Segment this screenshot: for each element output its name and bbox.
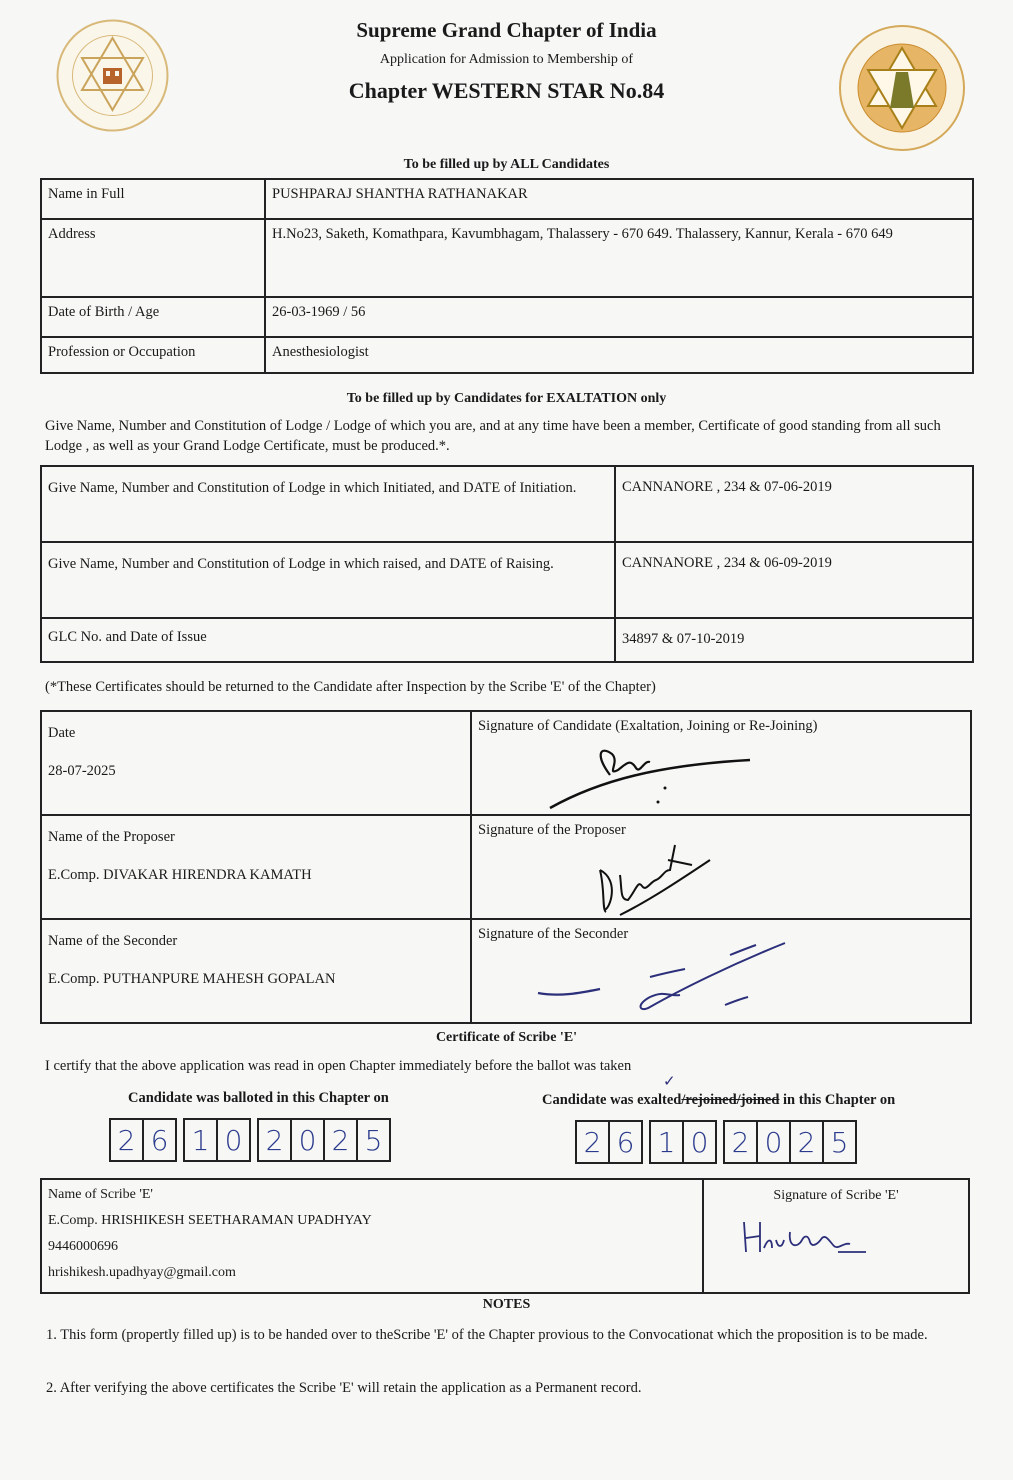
scribe-name-label: Name of Scribe 'E' — [48, 1182, 696, 1208]
name-label: Name in Full — [41, 179, 265, 219]
date-field[interactable]: 28-07-2025 — [48, 752, 464, 790]
proposer-signature-icon — [580, 830, 730, 920]
dob-age-field[interactable]: 26-03-1969 / 56 — [265, 297, 973, 337]
scribe-phone: 9446000696 — [48, 1234, 696, 1260]
table-row: Name in Full PUSHPARAJ SHANTHA RATHANAKA… — [41, 179, 973, 219]
all-candidates-table: Name in Full PUSHPARAJ SHANTHA RATHANAKA… — [40, 178, 974, 374]
date-digit[interactable]: 2 — [257, 1118, 292, 1162]
date-digit[interactable]: 2 — [723, 1120, 758, 1164]
all-candidates-heading: To be filled up by ALL Candidates — [0, 157, 1013, 173]
note-2: 2. After verifying the above certificate… — [46, 1378, 971, 1398]
table-row: Address H.No23, Saketh, Komathpara, Kavu… — [41, 219, 973, 297]
year-group: 2 0 2 5 — [257, 1118, 391, 1162]
document-title: Supreme Grand Chapter of India — [0, 18, 1013, 43]
note-1: 1. This form (propertly filled up) is to… — [46, 1325, 971, 1345]
date-digit[interactable]: 1 — [649, 1120, 684, 1164]
table-row: Name of the Seconder E.Comp. PUTHANPURE … — [41, 919, 971, 1023]
date-label: Date — [48, 714, 464, 752]
dob-age-label: Date of Birth / Age — [41, 297, 265, 337]
glc-field[interactable]: 34897 & 07-10-2019 — [615, 618, 973, 662]
exalted-date-boxes[interactable]: 2 6 1 0 2 0 2 5 — [575, 1120, 857, 1164]
date-digit[interactable]: 5 — [822, 1120, 857, 1164]
month-group: 1 0 — [649, 1120, 717, 1164]
address-label: Address — [41, 219, 265, 297]
profession-field[interactable]: Anesthesiologist — [265, 337, 973, 373]
exalted-option: exalted — [637, 1092, 681, 1108]
initiation-field[interactable]: CANNANORE , 234 & 07-06-2019 — [615, 466, 973, 542]
chapter-title: Chapter WESTERN STAR No.84 — [0, 78, 1013, 104]
balloted-date-boxes[interactable]: 2 6 1 0 2 0 2 5 — [109, 1118, 391, 1162]
seconder-field[interactable]: E.Comp. PUTHANPURE MAHESH GOPALAN — [48, 960, 464, 998]
proposer-label: Name of the Proposer — [48, 818, 464, 856]
date-digit[interactable]: 0 — [290, 1118, 325, 1162]
certificates-footnote: (*These Certificates should be returned … — [45, 677, 656, 697]
table-row: Date 28-07-2025 Signature of Candidate (… — [41, 711, 971, 815]
scribe-signature-label: Signature of Scribe 'E' — [710, 1188, 962, 1204]
date-digit[interactable]: 5 — [356, 1118, 391, 1162]
candidate-signature-icon — [540, 740, 760, 815]
date-digit[interactable]: 6 — [142, 1118, 177, 1162]
scribe-certificate-heading: Certificate of Scribe 'E' — [0, 1030, 1013, 1046]
date-digit[interactable]: 2 — [575, 1120, 610, 1164]
date-digit[interactable]: 0 — [216, 1118, 251, 1162]
proposer-field[interactable]: E.Comp. DIVAKAR HIRENDRA KAMATH — [48, 856, 464, 894]
exaltation-instruction: Give Name, Number and Constitution of Lo… — [45, 416, 970, 456]
table-row: Give Name, Number and Constitution of Lo… — [41, 542, 973, 618]
scribe-name: E.Comp. HRISHIKESH SEETHARAMAN UPADHYAY — [48, 1208, 696, 1234]
check-mark-icon: ✓ — [663, 1072, 676, 1091]
scribe-statement: I certify that the above application was… — [45, 1056, 631, 1076]
date-digit[interactable]: 2 — [789, 1120, 824, 1164]
struck-options: /rejoined/joined — [681, 1092, 779, 1108]
exalted-label-suffix: in this Chapter on — [779, 1092, 895, 1108]
table-row: Name of the Proposer E.Comp. DIVAKAR HIR… — [41, 815, 971, 919]
date-digit[interactable]: 0 — [682, 1120, 717, 1164]
signatures-table: Date 28-07-2025 Signature of Candidate (… — [40, 710, 972, 1024]
exaltation-table: Give Name, Number and Constitution of Lo… — [40, 465, 974, 663]
table-row: Give Name, Number and Constitution of Lo… — [41, 466, 973, 542]
candidate-signature-label: Signature of Candidate (Exaltation, Join… — [478, 718, 964, 735]
document-subtitle: Application for Admission to Membership … — [0, 52, 1013, 68]
date-digit[interactable]: 0 — [756, 1120, 791, 1164]
exalted-label: Candidate was exalted/rejoined/joined in… — [542, 1092, 895, 1109]
glc-label: GLC No. and Date of Issue — [41, 618, 615, 662]
seconder-label: Name of the Seconder — [48, 922, 464, 960]
table-row: Date of Birth / Age 26-03-1969 / 56 — [41, 297, 973, 337]
day-group: 2 6 — [109, 1118, 177, 1162]
balloted-label: Candidate was balloted in this Chapter o… — [128, 1090, 389, 1107]
initiation-label: Give Name, Number and Constitution of Lo… — [41, 466, 615, 542]
exalted-label-prefix: Candidate was — [542, 1092, 637, 1108]
scribe-signature-icon — [738, 1218, 878, 1258]
date-digit[interactable]: 2 — [323, 1118, 358, 1162]
exaltation-heading: To be filled up by Candidates for EXALTA… — [0, 391, 1013, 407]
day-group: 2 6 — [575, 1120, 643, 1164]
address-field[interactable]: H.No23, Saketh, Komathpara, Kavumbhagam,… — [265, 219, 973, 297]
table-row: GLC No. and Date of Issue 34897 & 07-10-… — [41, 618, 973, 662]
table-row: Profession or Occupation Anesthesiologis… — [41, 337, 973, 373]
scribe-email[interactable]: hrishikesh.upadhyay@gmail.com — [48, 1260, 696, 1286]
date-digit[interactable]: 6 — [608, 1120, 643, 1164]
year-group: 2 0 2 5 — [723, 1120, 857, 1164]
raising-field[interactable]: CANNANORE , 234 & 06-09-2019 — [615, 542, 973, 618]
date-digit[interactable]: 1 — [183, 1118, 218, 1162]
raising-label: Give Name, Number and Constitution of Lo… — [41, 542, 615, 618]
profession-label: Profession or Occupation — [41, 337, 265, 373]
name-field[interactable]: PUSHPARAJ SHANTHA RATHANAKAR — [265, 179, 973, 219]
date-digit[interactable]: 2 — [109, 1118, 144, 1162]
month-group: 1 0 — [183, 1118, 251, 1162]
seconder-signature-icon — [530, 935, 820, 1015]
notes-heading: NOTES — [0, 1297, 1013, 1313]
